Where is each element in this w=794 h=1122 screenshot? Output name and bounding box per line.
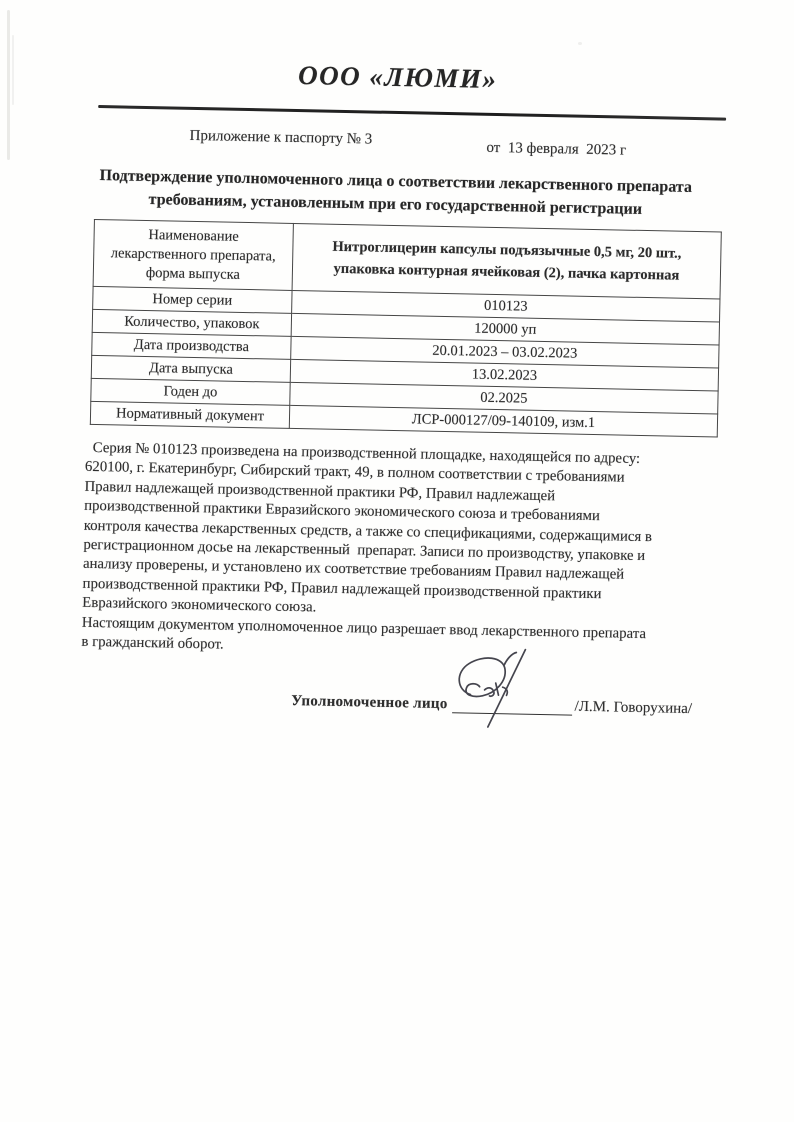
- document-date: от 13 февраля 2023 г: [486, 140, 626, 160]
- signature-line: [452, 695, 572, 716]
- scanned-document-page: ООО «ЛЮМИ» Приложение к паспорту № 3 от …: [0, 0, 794, 1122]
- product-table: Наименование лекарственного препарата, ф…: [90, 219, 722, 438]
- document-content: ООО «ЛЮМИ» Приложение к паспорту № 3 от …: [0, 0, 794, 720]
- row-label-normative-document: Нормативный документ: [90, 401, 289, 428]
- signature-name: /Л.М. Говорухина/: [574, 699, 692, 718]
- table-row: Наименование лекарственного препарата, ф…: [93, 219, 721, 299]
- document-title: Подтверждение уполномоченного лица о соо…: [89, 164, 702, 222]
- signature-row: Уполномоченное лицо /Л.М. Говорухина/: [0, 678, 783, 720]
- signature-scribble-icon: [448, 643, 568, 731]
- row-label-product-name: Наименование лекарственного препарата, ф…: [93, 219, 293, 290]
- subheader-row: Приложение к паспорту № 3 от 13 февраля …: [0, 124, 794, 162]
- signature-role-label: Уполномоченное лицо: [291, 693, 448, 713]
- company-name: ООО «ЛЮМИ»: [1, 54, 794, 101]
- body-paragraph: Серия № 010123 произведена на производст…: [81, 439, 725, 665]
- header-rule: [98, 105, 726, 121]
- attachment-label: Приложение к паспорту № 3: [189, 128, 372, 149]
- row-value-product-name: Нитроглицерин капсулы подъязычные 0,5 мг…: [292, 223, 721, 299]
